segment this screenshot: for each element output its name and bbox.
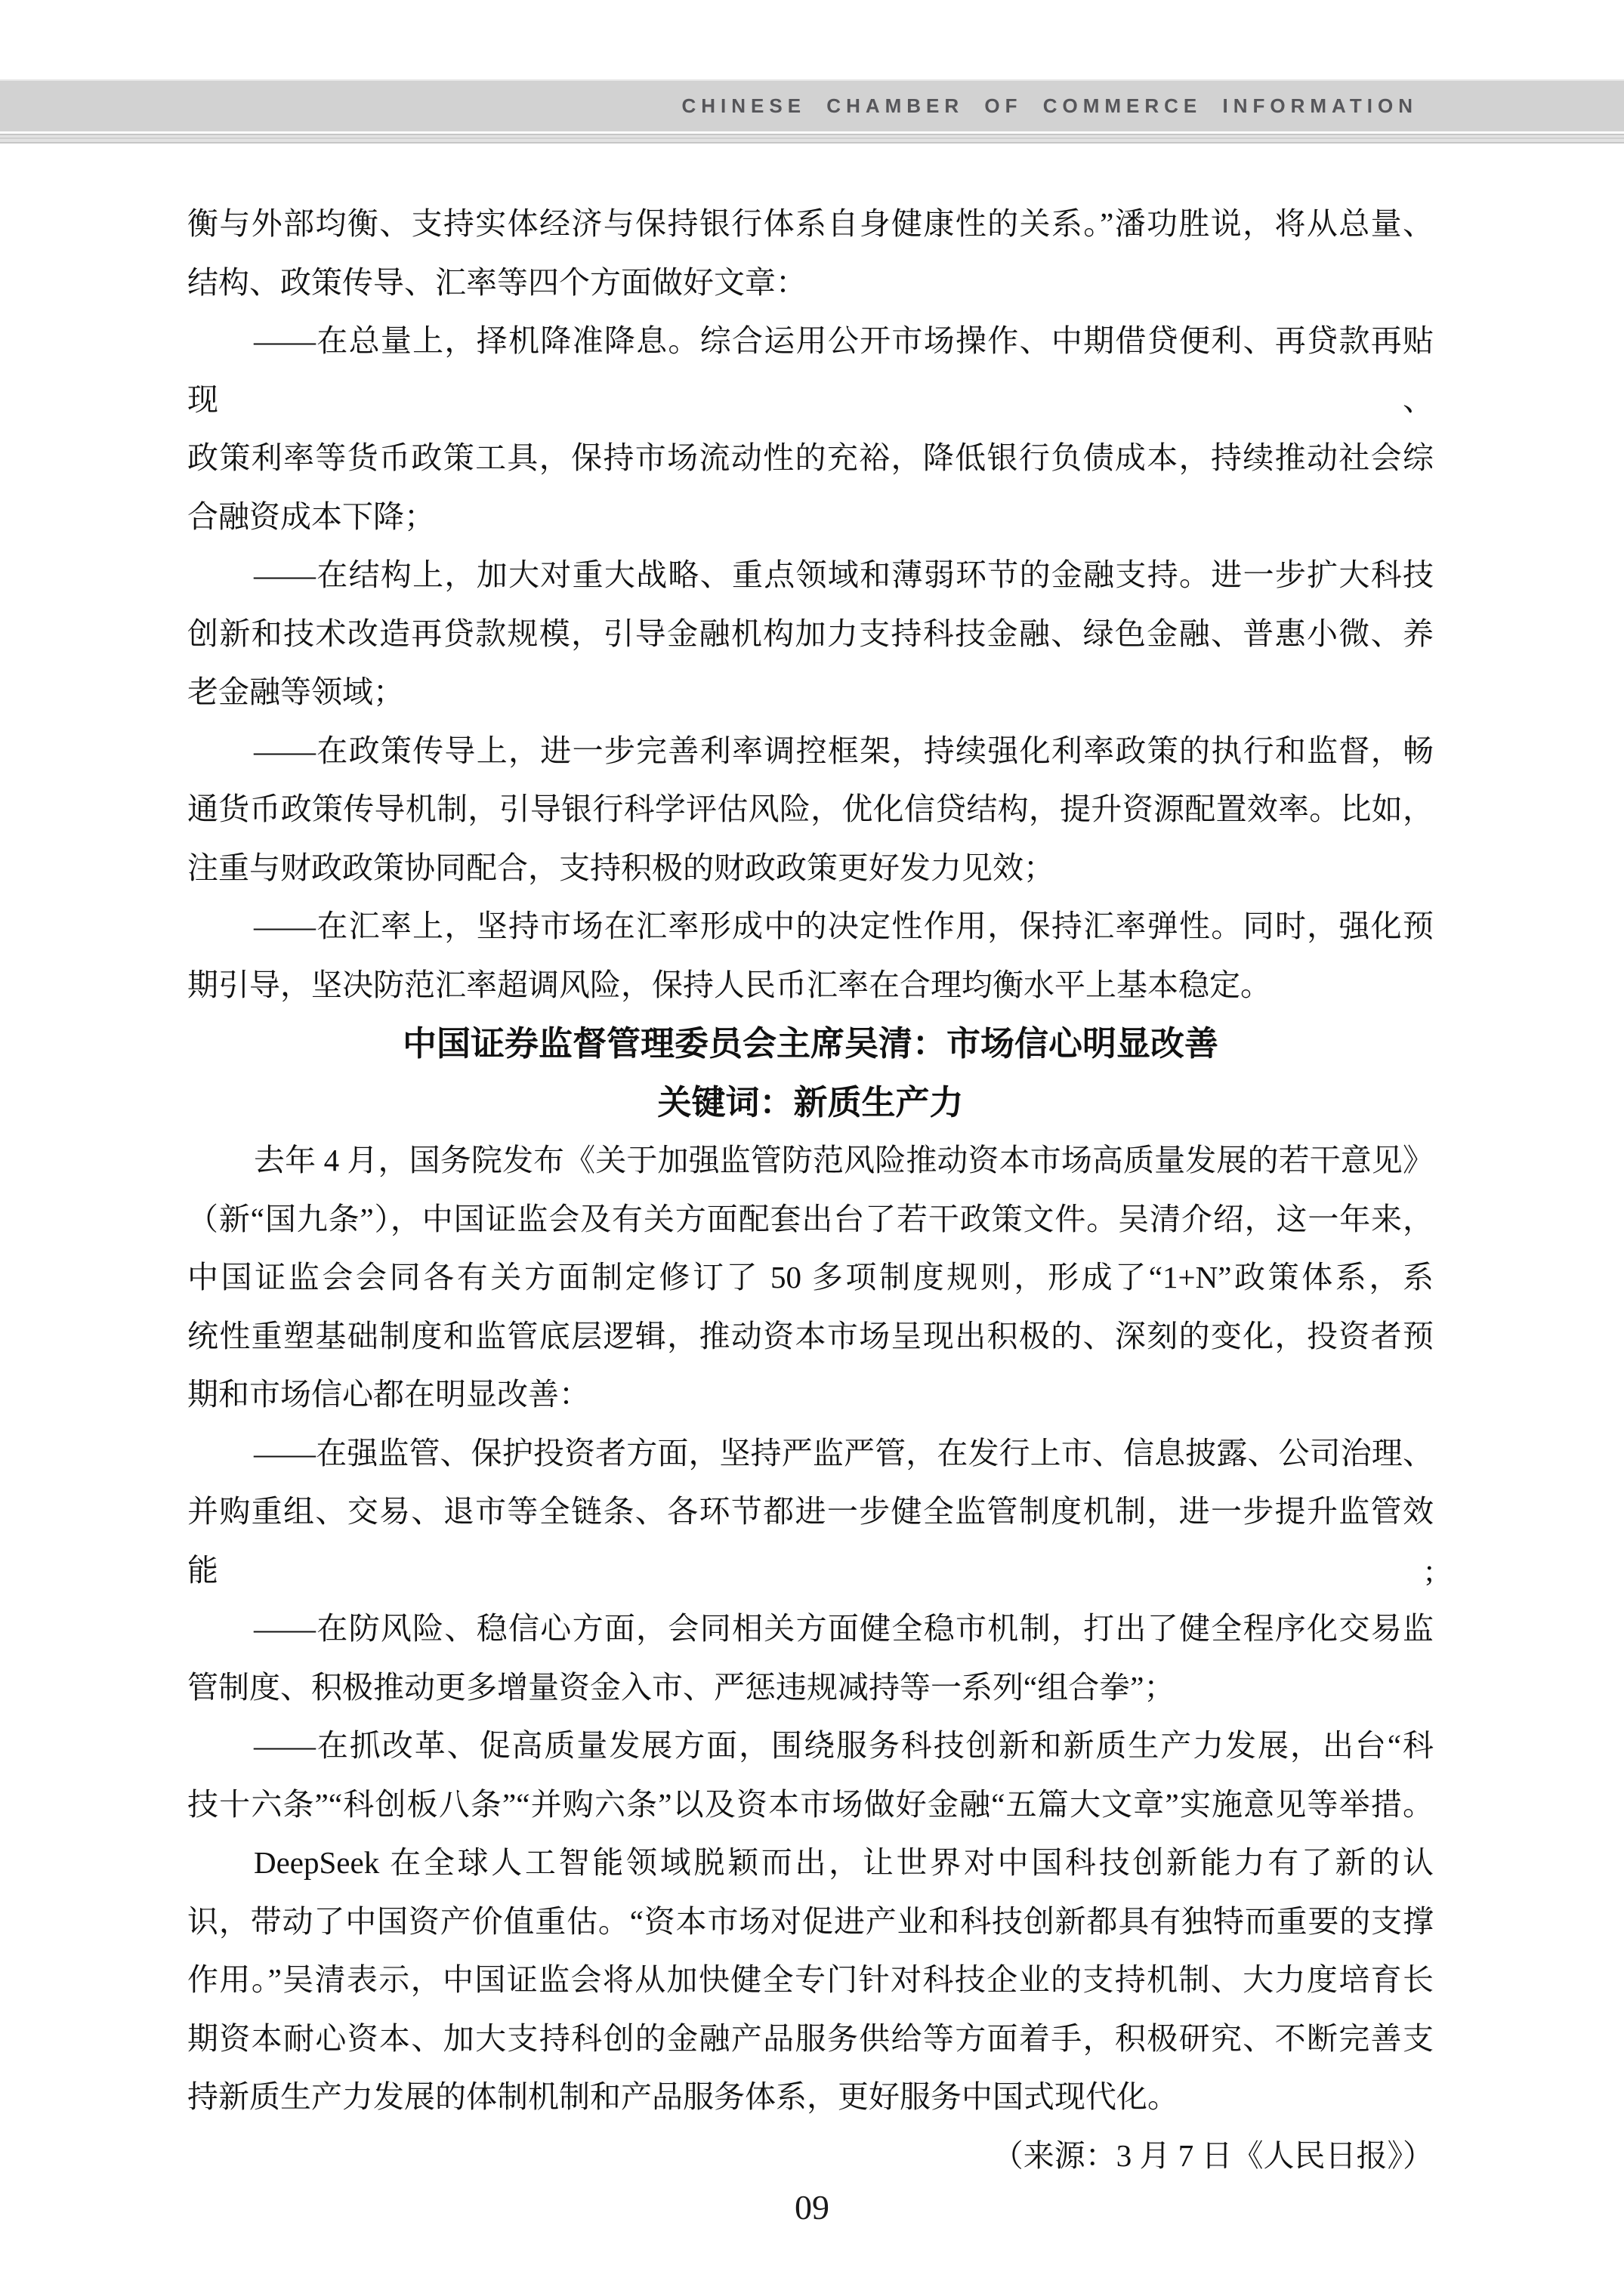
document-page: CHINESE CHAMBER OF COMMERCE INFORMATION … <box>0 0 1624 2293</box>
text-line: ——在总量上，择机降准降息。综合运用公开市场操作、中期借贷便利、再贷款再贴现、 <box>187 312 1434 429</box>
header-banner: CHINESE CHAMBER OF COMMERCE INFORMATION <box>0 79 1624 131</box>
section-heading: 中国证券监督管理委员会主席吴清：市场信心明显改善 <box>187 1014 1434 1073</box>
header-banner-title: CHINESE CHAMBER OF COMMERCE INFORMATION <box>681 81 1418 131</box>
text-line: ——在汇率上，坚持市场在汇率形成中的决定性作用，保持汇率弹性。同时，强化预 <box>187 897 1434 956</box>
text-line: 衡与外部均衡、支持实体经济与保持银行体系自身健康性的关系。”潘功胜说，将从总量、 <box>187 195 1434 254</box>
text-line: ——在抓改革、促高质量发展方面，围绕服务科技创新和新质生产力发展，出台“科 <box>187 1717 1434 1776</box>
text-line: 技十六条”“科创板八条”“并购六条”以及资本市场做好金融“五篇大文章”实施意见等… <box>187 1776 1434 1835</box>
text-line: ——在政策传导上，进一步完善利率调控框架，持续强化利率政策的执行和监督，畅 <box>187 722 1434 781</box>
text-line: （新“国九条”），中国证监会及有关方面配套出台了若干政策文件。吴清介绍，这一年来… <box>187 1190 1434 1249</box>
text-line: 注重与财政政策协同配合，支持积极的财政政策更好发力见效； <box>187 839 1434 898</box>
text-line: 并购重组、交易、退市等全链条、各环节都进一步健全监管制度机制，进一步提升监管效能… <box>187 1483 1434 1600</box>
text-line: 期资本耐心资本、加大支持科创的金融产品服务供给等方面着手，积极研究、不断完善支 <box>187 2010 1434 2069</box>
text-line: ——在防风险、稳信心方面，会同相关方面健全稳市机制，打出了健全程序化交易监 <box>187 1600 1434 1659</box>
text-line: DeepSeek 在全球人工智能领域脱颖而出，让世界对中国科技创新能力有了新的认 <box>187 1834 1434 1893</box>
section-subheading: 关键词：新质生产力 <box>187 1073 1434 1132</box>
article-body: 衡与外部均衡、支持实体经济与保持银行体系自身健康性的关系。”潘功胜说，将从总量、… <box>187 195 1434 2185</box>
text-line: 管制度、积极推动更多增量资金入市、严惩违规减持等一系列“组合拳”； <box>187 1659 1434 1717</box>
text-line: 合融资成本下降； <box>187 488 1434 547</box>
text-line: 期和市场信心都在明显改善： <box>187 1366 1434 1424</box>
text-line: 老金融等领域； <box>187 663 1434 722</box>
text-line: ——在强监管、保护投资者方面，坚持严监严管，在发行上市、信息披露、公司治理、 <box>187 1424 1434 1483</box>
text-line: 结构、政策传导、汇率等四个方面做好文章： <box>187 254 1434 313</box>
text-line: 创新和技术改造再贷款规模，引导金融机构加力支持科技金融、绿色金融、普惠小微、养 <box>187 605 1434 664</box>
text-line: 期引导，坚决防范汇率超调风险，保持人民币汇率在合理均衡水平上基本稳定。 <box>187 956 1434 1015</box>
page-number: 09 <box>0 2188 1624 2227</box>
text-line: 中国证监会会同各有关方面制定修订了 50 多项制度规则，形成了“1+N”政策体系… <box>187 1248 1434 1307</box>
header-divider <box>0 134 1624 144</box>
text-line: 通货币政策传导机制，引导银行科学评估风险，优化信贷结构，提升资源配置效率。比如， <box>187 780 1434 839</box>
text-line: 作用。”吴清表示，中国证监会将从加快健全专门针对科技企业的支持机制、大力度培育长 <box>187 1951 1434 2010</box>
text-line: ——在结构上，加大对重大战略、重点领域和薄弱环节的金融支持。进一步扩大科技 <box>187 546 1434 605</box>
text-line: 识，带动了中国资产价值重估。“资本市场对促进产业和科技创新都具有独特而重要的支撑 <box>187 1893 1434 1952</box>
text-line: 统性重塑基础制度和监管底层逻辑，推动资本市场呈现出积极的、深刻的变化，投资者预 <box>187 1307 1434 1366</box>
text-line: 去年 4 月，国务院发布《关于加强监管防范风险推动资本市场高质量发展的若干意见》 <box>187 1131 1434 1190</box>
text-line: 政策利率等货币政策工具，保持市场流动性的充裕，降低银行负债成本，持续推动社会综 <box>187 429 1434 488</box>
text-line: 持新质生产力发展的体制机制和产品服务体系，更好服务中国式现代化。 <box>187 2068 1434 2127</box>
source-attribution: （来源：3 月 7 日《人民日报》） <box>187 2127 1434 2186</box>
